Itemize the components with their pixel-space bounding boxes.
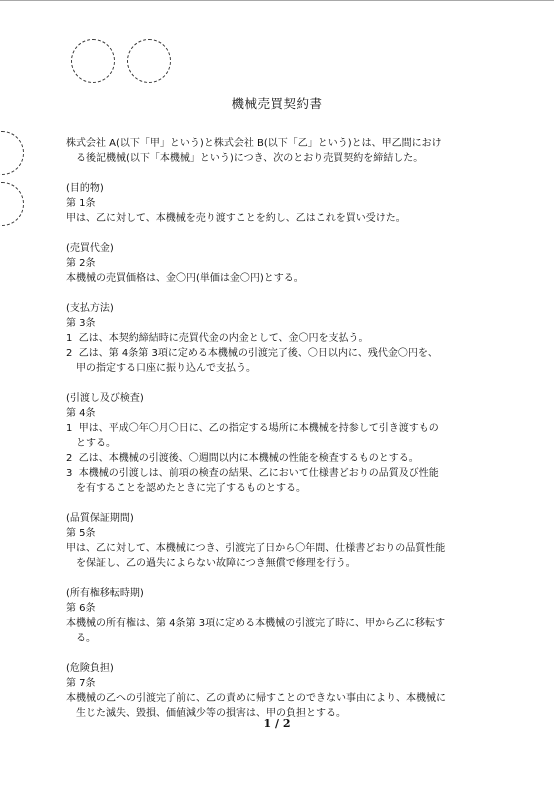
page-indicator: 1 / 2 — [0, 717, 554, 730]
clause-text: 甲は、平成〇年〇月〇日に、乙の指定する場所に本機械を持参して引き渡すもの — [79, 423, 439, 434]
article-heading: (危険負担) — [66, 661, 506, 676]
article-number: 第 6条 — [66, 601, 506, 616]
article-heading: (引渡し及び検査) — [66, 391, 506, 406]
seal-placeholder-circle — [71, 39, 115, 83]
article-heading: (品質保証期間) — [66, 511, 506, 526]
article-number: 第 2条 — [66, 256, 506, 271]
article-number: 第 3条 — [66, 316, 506, 331]
clause-item: 2 乙は、第 4条第 3項に定める本機械の引渡完了後、〇日以内に、残代金〇円を、 — [66, 346, 506, 361]
clause-text: 乙は、本機械の引渡後、〇週間以内に本機械の性能を検査するものとする。 — [79, 453, 419, 464]
clause-text: 本機械の引渡しは、前項の検査の結果、乙において仕様書どおりの品質及び性能 — [79, 468, 439, 479]
article-2: (売買代金) 第 2条 本機械の売買価格は、金〇円(単価は金〇円)とする。 — [66, 241, 506, 286]
document-title: 機械売買契約書 — [0, 94, 554, 112]
clause-number: 3 — [66, 468, 72, 479]
clause-item: 2 乙は、本機械の引渡後、〇週間以内に本機械の性能を検査するものとする。 — [66, 451, 506, 466]
clause-number: 2 — [66, 348, 72, 359]
article-body-line: 甲は、乙に対して、本機械を売り渡すことを約し、乙はこれを買い受けた。 — [66, 211, 506, 226]
seal-placeholder-circle — [127, 39, 171, 83]
preamble-line: 株式会社 A(以下「甲」という)と株式会社 B(以下「乙」という)とは、甲乙間に… — [66, 136, 506, 151]
clause-text: 乙は、第 4条第 3項に定める本機械の引渡完了後、〇日以内に、残代金〇円を、 — [79, 348, 438, 359]
article-7: (危険負担) 第 7条 本機械の乙への引渡完了前に、乙の責めに帰すことのできない… — [66, 661, 506, 721]
article-heading: (支払方法) — [66, 301, 506, 316]
clause-number: 1 — [66, 423, 72, 434]
article-body-line: 甲は、乙に対して、本機械につき、引渡完了日から〇年間、仕様書どおりの品質性能 — [66, 541, 506, 556]
clause-number: 1 — [66, 333, 72, 344]
clause-item: 1 乙は、本契約締結時に売買代金の内金として、金〇円を支払う。 — [66, 331, 506, 346]
article-3: (支払方法) 第 3条 1 乙は、本契約締結時に売買代金の内金として、金〇円を支… — [66, 301, 506, 376]
article-heading: (目的物) — [66, 181, 506, 196]
article-body-line: る。 — [66, 631, 506, 646]
clause-continuation: 甲の指定する口座に振り込んで支払う。 — [66, 361, 506, 376]
article-number: 第 1条 — [66, 196, 506, 211]
clause-continuation: とする。 — [66, 436, 506, 451]
article-body-line: を保証し、乙の過失によらない故障につき無償で修理を行う。 — [66, 556, 506, 571]
page-top-border — [0, 0, 554, 1]
article-6: (所有権移転時期) 第 6条 本機械の所有権は、第 4条第 3項に定める本機械の… — [66, 586, 506, 646]
clause-text: 乙は、本契約締結時に売買代金の内金として、金〇円を支払う。 — [79, 333, 369, 344]
clause-item: 1 甲は、平成〇年〇月〇日に、乙の指定する場所に本機械を持参して引き渡すもの — [66, 421, 506, 436]
article-body-line: 本機械の売買価格は、金〇円(単価は金〇円)とする。 — [66, 271, 506, 286]
article-body-line: 本機械の所有権は、第 4条第 3項に定める本機械の引渡完了時に、甲から乙に移転す — [66, 616, 506, 631]
article-number: 第 4条 — [66, 406, 506, 421]
article-heading: (所有権移転時期) — [66, 586, 506, 601]
article-5: (品質保証期間) 第 5条 甲は、乙に対して、本機械につき、引渡完了日から〇年間… — [66, 511, 506, 571]
clause-item: 3 本機械の引渡しは、前項の検査の結果、乙において仕様書どおりの品質及び性能 — [66, 466, 506, 481]
article-number: 第 5条 — [66, 526, 506, 541]
preamble-line: る後記機械(以下「本機械」という)につき、次のとおり売買契約を締結した。 — [66, 151, 506, 166]
seal-placeholder-circle — [0, 182, 24, 226]
article-4: (引渡し及び検査) 第 4条 1 甲は、平成〇年〇月〇日に、乙の指定する場所に本… — [66, 391, 506, 496]
document-body: 株式会社 A(以下「甲」という)と株式会社 B(以下「乙」という)とは、甲乙間に… — [66, 136, 506, 721]
clause-number: 2 — [66, 453, 72, 464]
article-1: (目的物) 第 1条 甲は、乙に対して、本機械を売り渡すことを約し、乙はこれを買… — [66, 181, 506, 226]
preamble: 株式会社 A(以下「甲」という)と株式会社 B(以下「乙」という)とは、甲乙間に… — [66, 136, 506, 166]
clause-continuation: を有することを認めたときに完了するものとする。 — [66, 481, 506, 496]
seal-placeholder-circle — [0, 131, 24, 175]
article-body-line: 本機械の乙への引渡完了前に、乙の責めに帰すことのできない事由により、本機械に — [66, 691, 506, 706]
article-number: 第 7条 — [66, 676, 506, 691]
article-heading: (売買代金) — [66, 241, 506, 256]
